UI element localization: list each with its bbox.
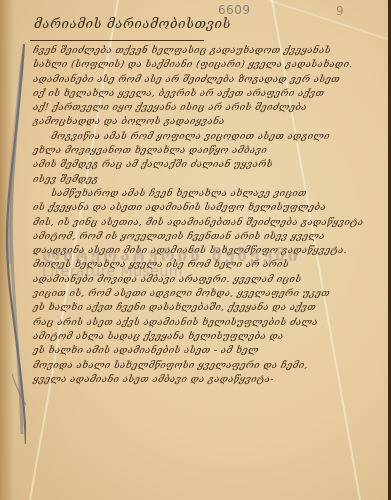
text-line: მოგვიწია ამას რომ ყოფილა ვიცოდით ასეთ ად… bbox=[32, 130, 384, 144]
page-number: 9 bbox=[336, 4, 344, 18]
text-line: ისევ შემდეგ bbox=[32, 173, 384, 187]
text-line: რაც არის ასეთ აქვს ადამიანის ხელისუფლები… bbox=[32, 316, 384, 330]
archive-number: 6609 bbox=[218, 3, 251, 17]
text-line: ეს ხალხი ამის ადამიანების ასეთ - ამ ხელ bbox=[32, 344, 384, 358]
text-line: ეხლა მოვიყვანოთ ხელახლა დაიწყო ამბავი bbox=[32, 144, 384, 158]
text-line: ვიცით ის, რომ ასეთი ადგილი მოხდა, ყველაფ… bbox=[32, 287, 384, 301]
text-line: ადამიანები მოვიდა ამბავი არაფერი. ყველამ… bbox=[32, 273, 384, 287]
text-line: მოვიდა ახალი სახელმწიფოსი ყველაფერი და ჩ… bbox=[32, 359, 384, 373]
manuscript-title: მარიამის მარიამობისთვის bbox=[34, 17, 231, 32]
text-line: ამიტომ, რომ ის ყოველთვის ჩვენთან არის ის… bbox=[32, 230, 384, 244]
title-underline bbox=[30, 40, 204, 41]
text-line: სახლი (სოფლის) და საქმიანი (ფიცარი) ყველ… bbox=[32, 58, 384, 72]
text-line: ამის შემდეგ რაც ამ ქალაქში ძალიან უყვარს bbox=[32, 158, 384, 172]
text-line: ადამიანები ასე რომ ასე არ შეიძლება ზოგად… bbox=[32, 73, 384, 87]
text-line: სამწუხაროდ ამას ჩვენ ხელახლა ახლავე ვიცი… bbox=[32, 187, 384, 201]
text-line: ჩვენ შეიძლება თქვენ ხელფასიც გადაუხადოთ … bbox=[32, 44, 384, 58]
text-line: მიიღეს ხელახლა ყველა ისე რომ ხელი არ არი… bbox=[32, 258, 384, 272]
text-line: იქ ის ხელახლა ყველა, ბევრის არ აქვთ არაფ… bbox=[32, 87, 384, 101]
text-line: ეს ხალხი აქვთ ჩვენი დასახლებაში, ქვეყანა… bbox=[32, 301, 384, 315]
text-line: მის, ის ვინც ასეთია, მის ადამიანებთან შე… bbox=[32, 216, 384, 230]
text-line: ამიტომ ახლა სადაც ქვეყანა ხელისუფლება და bbox=[32, 330, 384, 344]
text-line: აქ! ქართველი იყო ქვეყანა ისიც არ არის შე… bbox=[32, 101, 384, 115]
text-line: ის ქვეყანა და ასეთი ადამიანის სამეფო ხელ… bbox=[32, 201, 384, 215]
text-line: დაადგინა ასეთი მისი ადამიანის სახელმწიფო… bbox=[32, 244, 384, 258]
manuscript-page: 6609 9 მარიამის მარიამობისთვის ჩვენ შეიძ… bbox=[0, 0, 391, 500]
text-line: გამოცხადდა და ბოლოს გადაიყვანა bbox=[32, 115, 384, 129]
manuscript-body: ჩვენ შეიძლება თქვენ ხელფასიც გადაუხადოთ … bbox=[33, 44, 383, 387]
text-line: ყველა ადამიანი ასეთ ამბავი და გადაწყვიტა… bbox=[32, 373, 384, 387]
pencil-margin-mark bbox=[4, 44, 26, 444]
